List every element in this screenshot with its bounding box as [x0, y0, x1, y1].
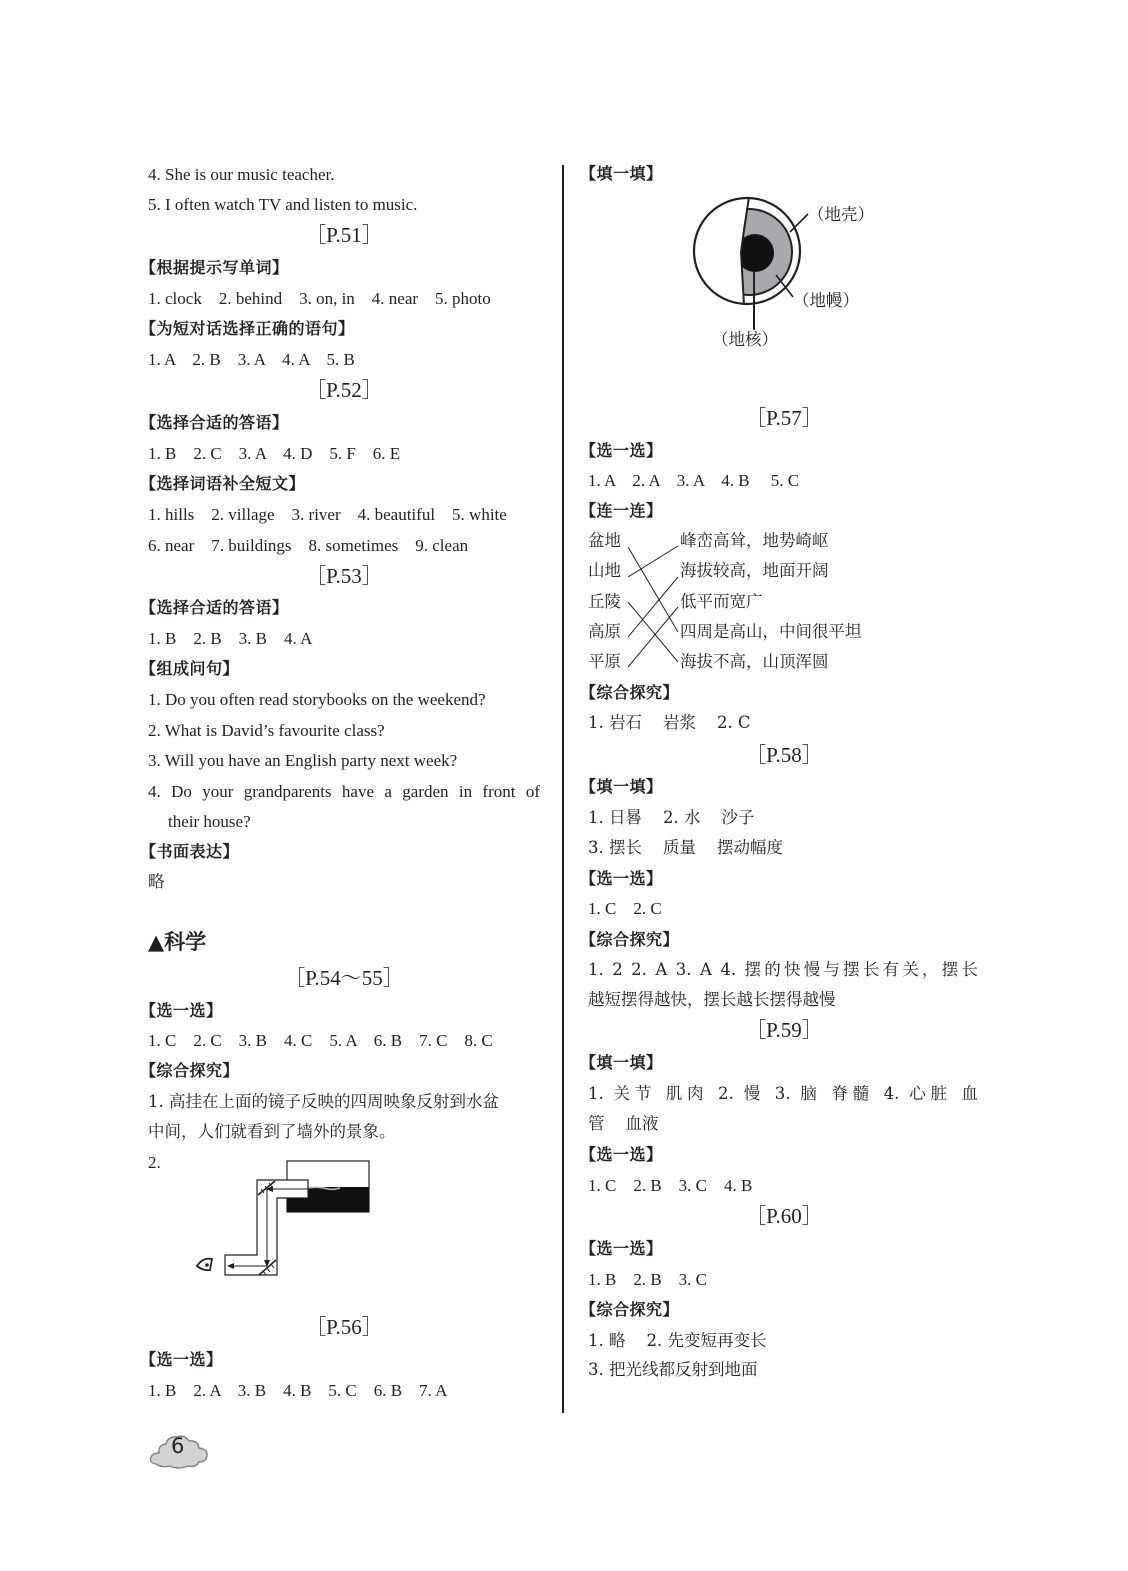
section-heading: 【填一填】	[580, 163, 663, 185]
answer-line: 中间，人们就看到了墙外的景象。	[148, 1121, 396, 1143]
page-label-p52: ［P.52］	[148, 379, 540, 401]
page-label-p56: ［P.56］	[148, 1316, 540, 1338]
answer-line: 1. 岩石 岩浆 2. C	[588, 712, 751, 734]
answer-line: 1. B 2. B 3. B 4. A	[148, 628, 312, 650]
page-label-p58: ［P.58］	[588, 744, 980, 766]
answer-line: 1. C 2. C	[588, 898, 662, 920]
section-heading: 【选择合适的答语】	[140, 412, 289, 434]
section-heading: 【组成问句】	[140, 658, 239, 680]
answer-line: 3. 把光线都反射到地面	[588, 1359, 758, 1381]
match-left-item: 盆地	[588, 530, 621, 552]
answer-line: 6. near 7. buildings 8. sometimes 9. cle…	[148, 535, 468, 557]
section-heading: 【选一选】	[580, 1144, 663, 1166]
answer-line: 5. I often watch TV and listen to music.	[148, 194, 417, 216]
match-left-item: 山地	[588, 560, 621, 582]
section-heading: 【选一选】	[140, 1349, 223, 1371]
match-left-item: 平原	[588, 651, 621, 673]
page-label-p60: ［P.60］	[588, 1205, 980, 1227]
section-heading: 【为短对话选择正确的语句】	[140, 318, 355, 340]
page-label-p54-55: ［P.54～55］	[148, 967, 540, 989]
subject-title-science: ▲科学	[148, 931, 206, 953]
section-heading: 【综合探究】	[140, 1060, 239, 1082]
page-number: 6	[171, 1434, 184, 1458]
periscope-diagram	[190, 1155, 380, 1280]
section-heading: 【选一选】	[140, 1000, 223, 1022]
page-label-p57: ［P.57］	[588, 407, 980, 429]
answer-line: 3. 摆长 质量 摆动幅度	[588, 837, 783, 859]
answer-line: 1. 略 2. 先变短再变长	[588, 1330, 766, 1352]
answer-line: 1. 高挂在上面的镜子反映的四周映象反射到水盆	[148, 1091, 499, 1113]
section-heading: 【选择合适的答语】	[140, 597, 289, 619]
section-heading: 【填一填】	[580, 1052, 663, 1074]
answer-line: 4. She is our music teacher.	[148, 164, 335, 186]
match-right-item: 低平而宽广	[680, 591, 763, 613]
answer-line: 越短摆得越快，摆长越长摆得越慢	[588, 989, 836, 1011]
answer-line: 1. B 2. C 3. A 4. D 5. F 6. E	[148, 443, 400, 465]
answer-line: 2. What is David’s favourite class?	[148, 720, 385, 742]
answer-line: 1. B 2. B 3. C	[588, 1269, 707, 1291]
answer-line: 4. Do your grandparents have a garden in…	[148, 781, 540, 803]
match-right-item: 峰峦高耸，地势崎岖	[680, 530, 829, 552]
page-label-p59: ［P.59］	[588, 1019, 980, 1041]
answer-line: 1. C 2. B 3. C 4. B	[588, 1175, 752, 1197]
answer-line: 1. B 2. A 3. B 4. B 5. C 6. B 7. A	[148, 1380, 447, 1402]
section-heading: 【书面表达】	[140, 841, 239, 863]
answer-line: 1. A 2. B 3. A 4. A 5. B	[148, 349, 355, 371]
page-label-p51: ［P.51］	[148, 224, 540, 246]
section-heading: 【根据提示写单词】	[140, 257, 289, 279]
answer-line: 1. C 2. C 3. B 4. C 5. A 6. B 7. C 8. C	[148, 1030, 493, 1052]
diagram-label-core: （地核）	[712, 329, 778, 351]
answer-line: their house?	[168, 811, 251, 833]
match-right-item: 四周是高山，中间很平坦	[680, 621, 862, 643]
eye-icon	[197, 1259, 212, 1271]
section-heading: 【选一选】	[580, 1238, 663, 1260]
match-right-item: 海拔不高，山顶浑圆	[680, 651, 829, 673]
answer-line: 1. hills 2. village 3. river 4. beautifu…	[148, 504, 507, 526]
match-left-item: 高原	[588, 621, 621, 643]
section-heading: 【填一填】	[580, 776, 663, 798]
section-heading: 【选一选】	[580, 440, 663, 462]
match-right-item: 海拔较高，地面开阔	[680, 560, 829, 582]
section-heading: 【选择词语补全短文】	[140, 473, 305, 495]
diagram-label-crust: （地壳）	[808, 204, 874, 226]
page-label-p53: ［P.53］	[148, 565, 540, 587]
answer-line: 1. 2 2. A 3. A 4. 摆的快慢与摆长有关，摆长	[588, 959, 978, 981]
match-left-item: 丘陵	[588, 591, 621, 613]
column-divider	[562, 165, 564, 1413]
match-lines	[620, 530, 685, 680]
answer-line: 1. 关节 肌肉 2. 慢 3. 脑 脊髓 4. 心脏 血	[588, 1083, 978, 1105]
answer-line: 1. 日晷 2. 水 沙子	[588, 807, 754, 829]
answer-line: 3. Will you have an English party next w…	[148, 750, 457, 772]
section-heading: 【选一选】	[580, 868, 663, 890]
section-heading: 【综合探究】	[580, 929, 679, 951]
section-heading: 【综合探究】	[580, 682, 679, 704]
answer-line: 略	[148, 871, 165, 893]
answer-line: 管 血液	[588, 1113, 658, 1135]
diagram-label-mantle: （地幔）	[793, 290, 859, 312]
answer-item-label: 2.	[148, 1152, 161, 1174]
answer-line: 1. clock 2. behind 3. on, in 4. near 5. …	[148, 288, 491, 310]
section-heading: 【连一连】	[580, 500, 663, 522]
section-heading: 【综合探究】	[580, 1299, 679, 1321]
answer-line: 1. A 2. A 3. A 4. B 5. C	[588, 470, 799, 492]
answer-line: 1. Do you often read storybooks on the w…	[148, 689, 486, 711]
